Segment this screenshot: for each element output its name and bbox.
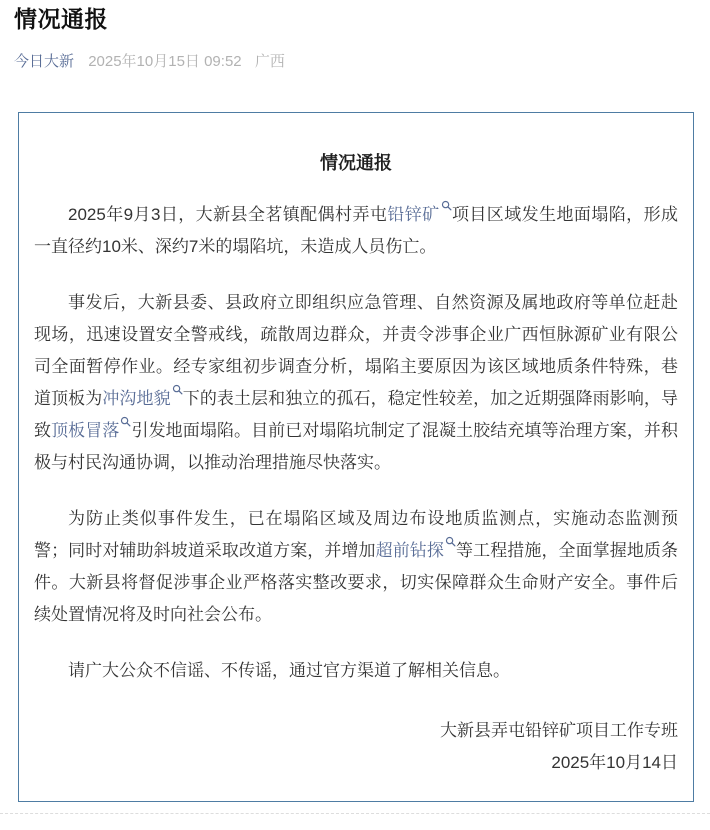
account-name-link[interactable]: 今日大新 [14,53,74,70]
entity-link-advance-drilling[interactable]: 超前钻探 [376,541,456,560]
byline: 今日大新 2025年10月15日 09:52 广西 [14,51,696,72]
notice-paragraph-4: 请广大公众不信谣、不传谣，通过官方渠道了解相关信息。 [34,655,678,687]
notice-title: 情况通报 [34,151,678,175]
search-icon [119,421,131,440]
signature-block: 大新县弄屯铅锌矿项目工作专班 2025年10月14日 [34,715,678,779]
entity-link-text: 铅锌矿 [387,205,439,224]
paragraph-text: 2025年9月3日，大新县全茗镇配偶村弄屯 [68,205,387,224]
entity-link-gully-landform[interactable]: 冲沟地貌 [102,389,182,408]
publish-location: 广西 [255,53,285,70]
search-icon [440,205,452,224]
article-page: 情况通报 今日大新 2025年10月15日 09:52 广西 情况通报 2025… [0,4,710,828]
entity-link-lead-zinc-mine[interactable]: 铅锌矿 [387,205,451,224]
entity-link-text: 超前钻探 [376,541,444,560]
paragraph-text: 请广大公众不信谣、不传谣，通过官方渠道了解相关信息。 [68,661,510,680]
notice-paragraph-2: 事发后，大新县委、县政府立即组织应急管理、自然资源及属地政府等单位赶赴现场，迅速… [34,287,678,479]
signature-org: 大新县弄屯铅锌矿项目工作专班 [34,715,678,747]
entity-link-text: 顶板冒落 [51,421,119,440]
notice-paragraph-3: 为防止类似事件发生，已在塌陷区域及周边布设地质监测点，实施动态监测预警；同时对辅… [34,503,678,631]
notice-paragraph-1: 2025年9月3日，大新县全茗镇配偶村弄屯铅锌矿项目区域发生地面塌陷，形成一直径… [34,199,678,263]
entity-link-roof-fall[interactable]: 顶板冒落 [51,421,131,440]
signature-date: 2025年10月14日 [34,747,678,779]
paragraph-text: 引发地面塌陷。目前已对塌陷坑制定了混凝土胶结充填等治理方案，并积极与村民沟通协调… [34,421,678,472]
publish-datetime: 2025年10月15日 09:52 [88,53,241,70]
notice-box: 情况通报 2025年9月3日，大新县全茗镇配偶村弄屯铅锌矿项目区域发生地面塌陷，… [18,112,694,802]
page-title: 情况通报 [14,4,696,35]
search-icon [444,541,456,560]
search-icon [171,389,183,408]
entity-link-text: 冲沟地貌 [102,389,170,408]
